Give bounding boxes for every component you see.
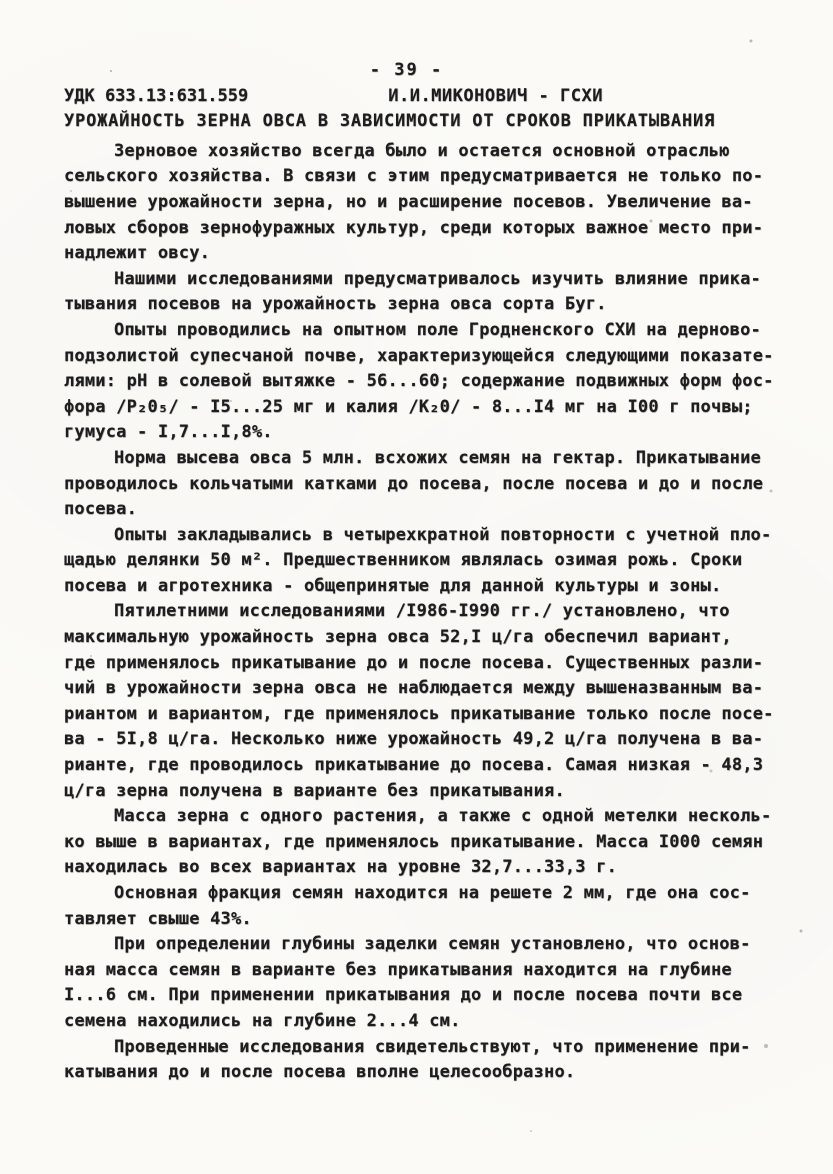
- paper-title: УРОЖАЙНОСТЬ ЗЕРНА ОВСА В ЗАВИСИМОСТИ ОТ …: [64, 109, 793, 135]
- document-body: Зерновое хозяйство всегда было и остаетс…: [64, 139, 793, 1086]
- paragraph: Масса зерна с одного растения, а также с…: [64, 804, 793, 881]
- paragraph: Норма высева овса 5 млн. всхожих семян н…: [64, 446, 793, 523]
- paragraph: Зерновое хозяйство всегда было и остаетс…: [64, 139, 793, 267]
- paragraph: Нашими исследованиями предусматривалось …: [64, 267, 793, 318]
- paragraph: При определении глубины заделки семян ус…: [64, 932, 793, 1034]
- paragraph: Пятилетними исследованиями /I986-I990 гг…: [64, 599, 793, 804]
- paragraph: Основная фракция семян находится на реше…: [64, 881, 793, 932]
- paper-header: УДК 633.13:631.559 И.И.МИКОНОВИЧ - ГСХИ: [64, 84, 793, 110]
- paragraph: Опыты закладывались в четырехкратной пов…: [64, 523, 793, 600]
- page-number: - 39 -: [42, 58, 771, 84]
- udk-code: УДК 633.13:631.559: [64, 84, 248, 110]
- paragraph: Проведенные исследования свидетельствуют…: [64, 1035, 793, 1086]
- paragraph: Опыты проводились на опытном поле Гродне…: [64, 318, 793, 446]
- author-line: И.И.МИКОНОВИЧ - ГСХИ: [388, 84, 603, 110]
- scanned-paper-page: - 39 - УДК 633.13:631.559 И.И.МИКОНОВИЧ …: [0, 0, 833, 1174]
